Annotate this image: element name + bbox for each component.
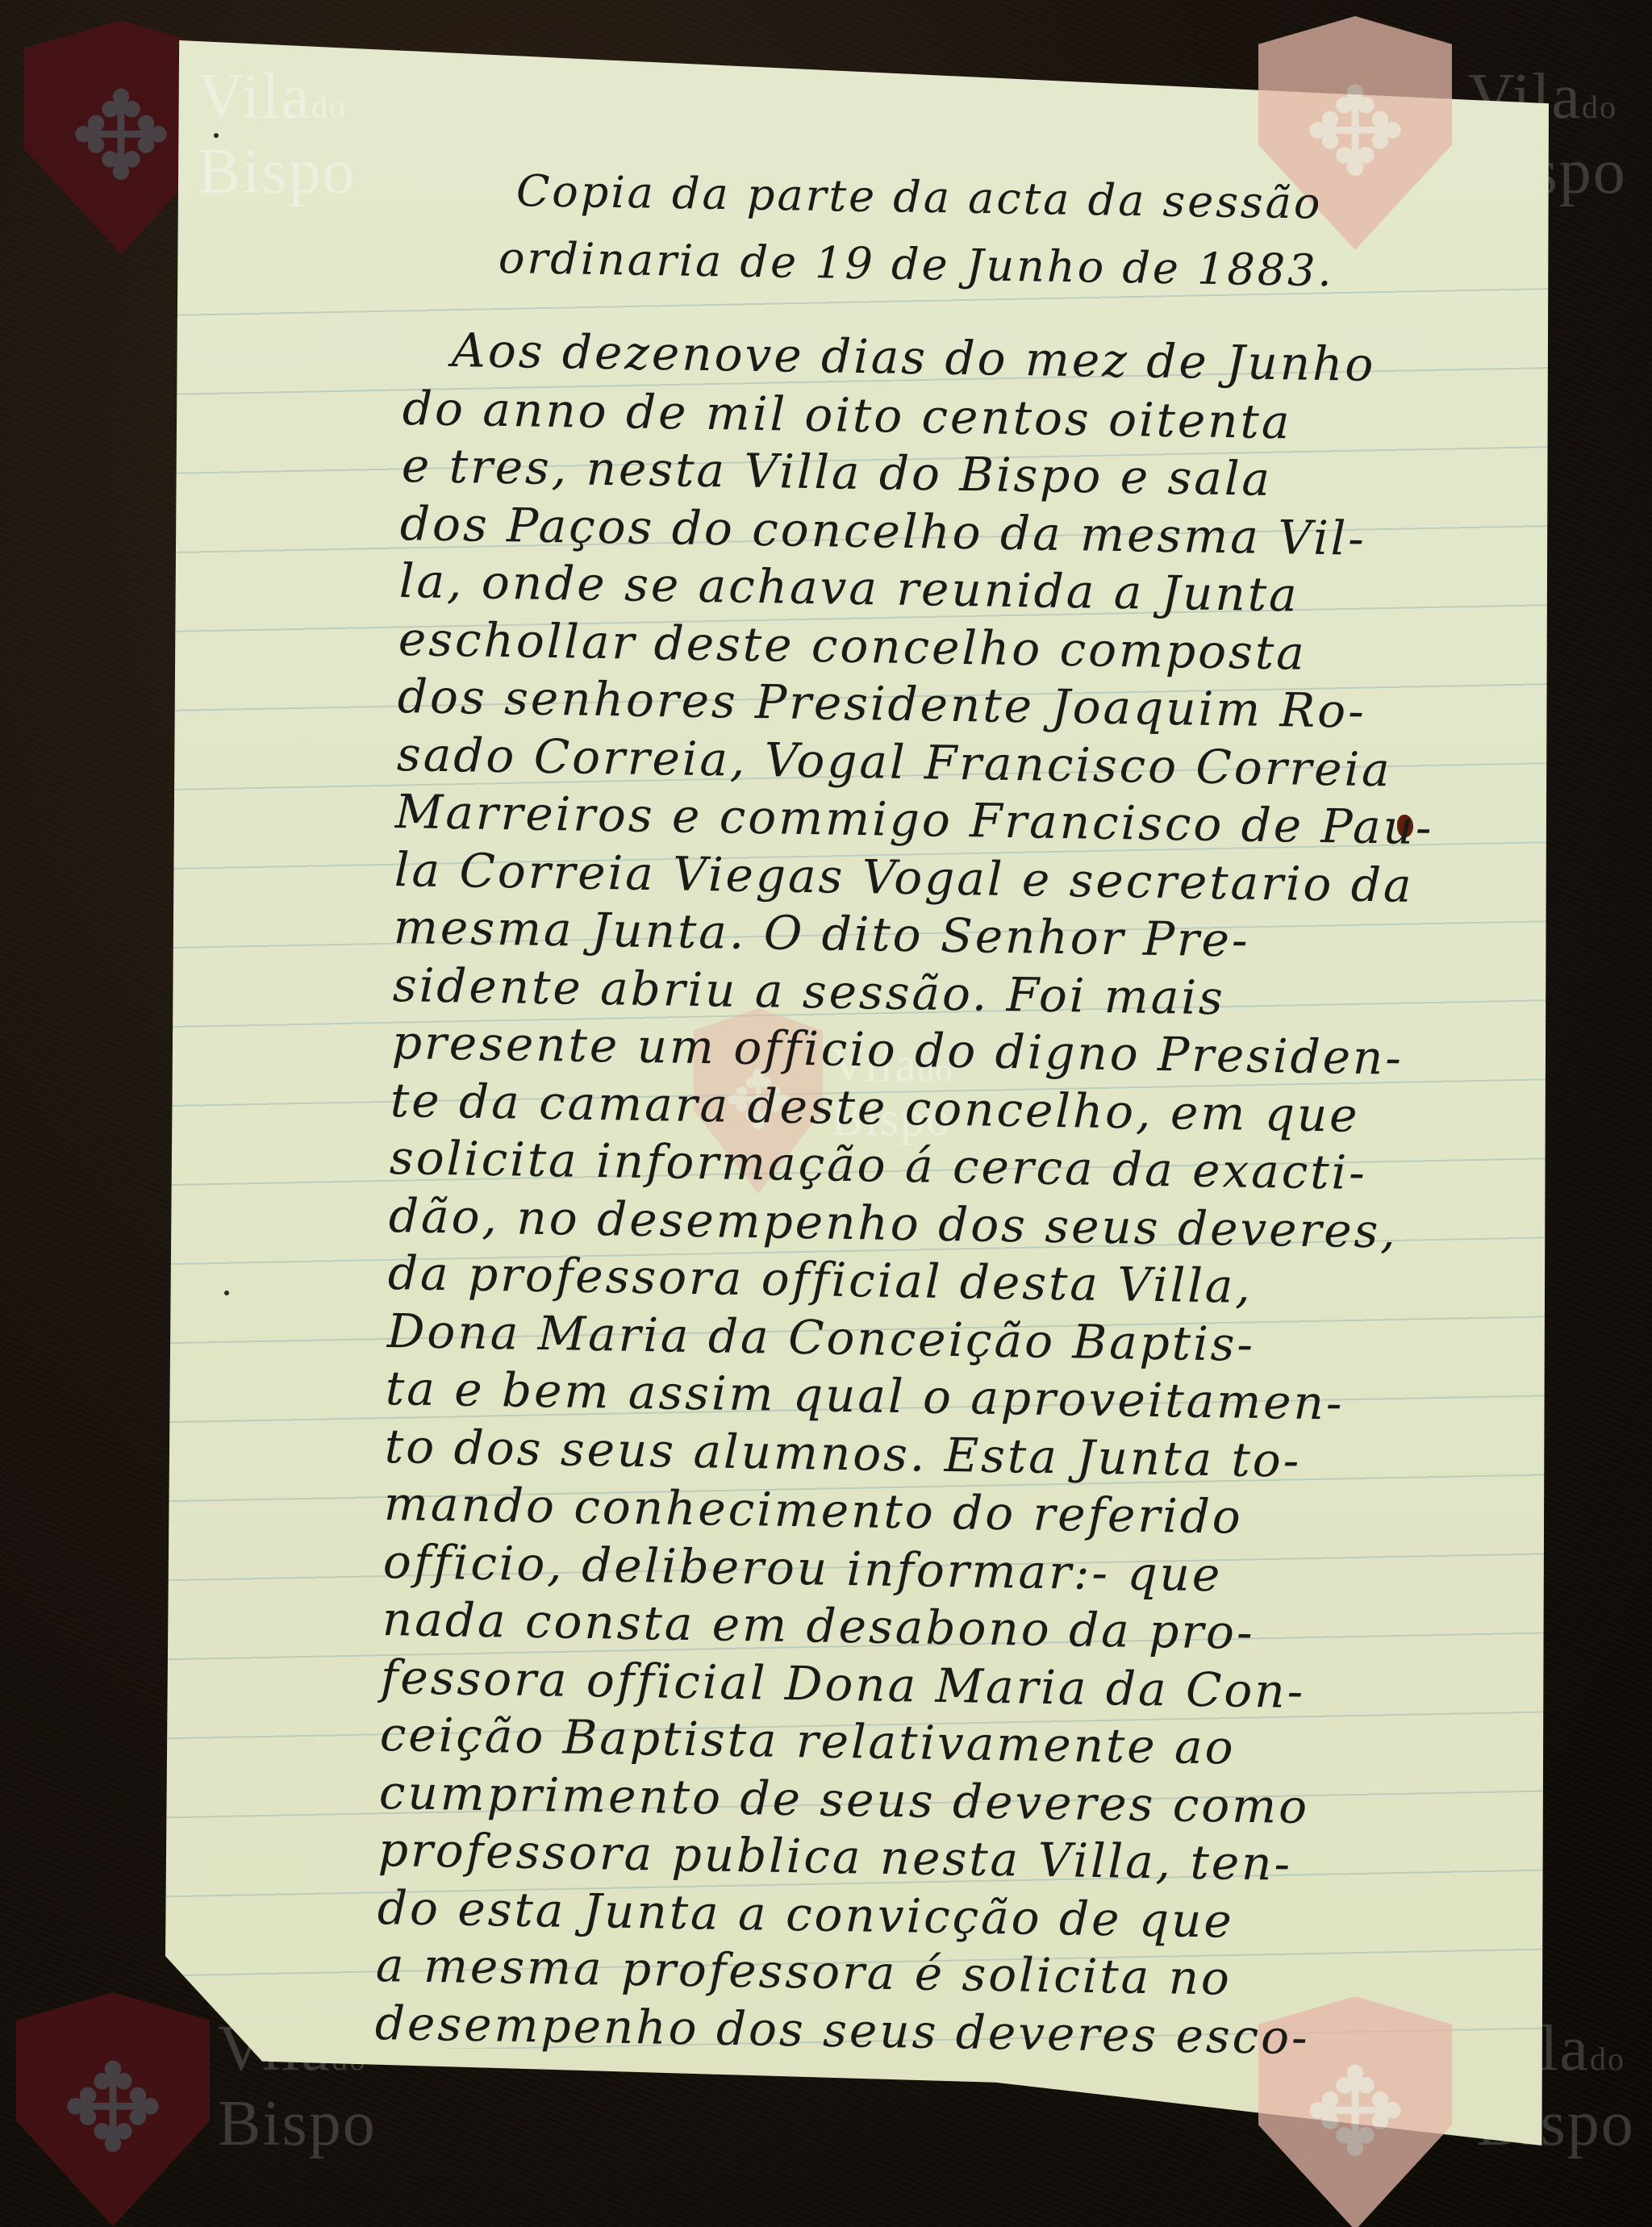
manuscript-line: professora publica nesta Villa, ten- xyxy=(378,1822,1292,1891)
manuscript-line: Aos dezenove dias do mez de Junho xyxy=(451,323,1375,392)
manuscript-line: mesma Junta. O dito Senhor Pre- xyxy=(393,899,1250,968)
manuscript-line: a mesma professora é solicita no xyxy=(375,1937,1232,2006)
manuscript-line: do esta Junta a convicção de que xyxy=(377,1880,1234,1949)
manuscript-line: eschollar deste concelho composta xyxy=(398,611,1307,681)
manuscript-line: Dona Maria da Conceição Baptis- xyxy=(386,1303,1255,1372)
manuscript-line: do anno de mil oito centos oitenta xyxy=(402,381,1292,449)
manuscript-line: cumprimento de seus deveres como xyxy=(378,1765,1309,1834)
manuscript-line: mando conhecimento do referido xyxy=(383,1476,1243,1545)
manuscript-line: e tres, nesta Villa do Bispo e sala xyxy=(401,438,1272,507)
manuscript-line: fessora official Dona Maria da Con- xyxy=(380,1649,1305,1719)
manuscript-line: sidente abriu a sessão. Foi mais xyxy=(392,957,1225,1025)
manuscript-line: nada consta em desabono da pro- xyxy=(382,1591,1255,1660)
manuscript-line: ta e bem assim qual o aproveitamen- xyxy=(385,1361,1345,1431)
manuscript-text: Copia da parte da acta da sessão ordinar… xyxy=(0,0,1652,2227)
title-line: ordinaria de 19 de Junho de 1883. xyxy=(499,232,1335,296)
manuscript-line: da professora official desta Villa, xyxy=(387,1245,1253,1314)
manuscript-line: officio, deliberou informar:- que xyxy=(382,1534,1222,1602)
manuscript-line: ceição Baptista relativamente ao xyxy=(379,1707,1236,1775)
manuscript-line: desempenho dos seus deveres esco- xyxy=(374,1996,1310,2065)
title-line: Copia da parte da acta da sessão xyxy=(516,165,1323,229)
manuscript-line: to dos seus alumnos. Esta Junta to- xyxy=(384,1419,1301,1488)
manuscript-line: la, onde se achava reunida a Junta xyxy=(398,553,1299,623)
